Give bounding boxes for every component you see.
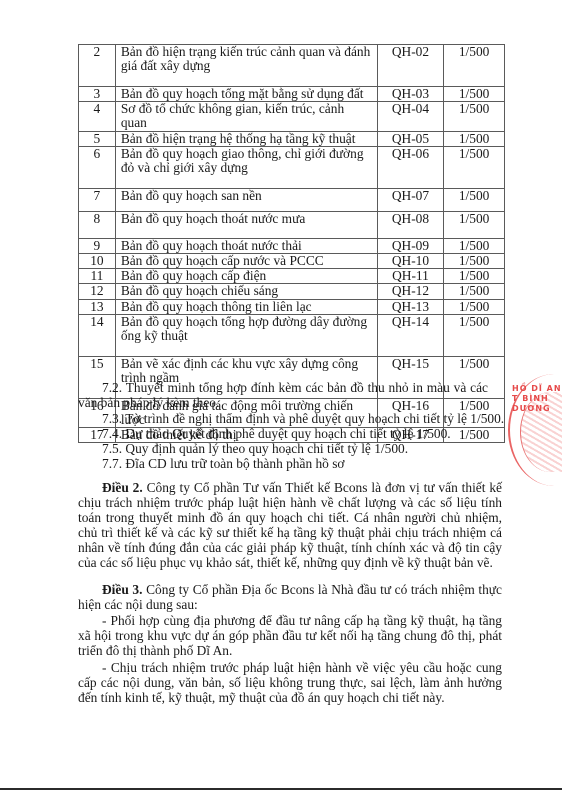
drawing-scale: 1/500 <box>444 131 505 146</box>
table-row: 11 Bản đồ quy hoạch cấp điện QH-11 1/500 <box>79 269 505 284</box>
table-row: 14 Bản đồ quy hoạch tổng hợp đường dây đ… <box>79 314 505 356</box>
row-number: 10 <box>79 254 116 269</box>
table-row: 7 Bản đồ quy hoạch san nền QH-07 1/500 <box>79 188 505 211</box>
item-7-4: 7.4. Dự thảo Quyết định phê duyệt quy ho… <box>102 426 451 441</box>
drawing-scale: 1/500 <box>444 428 505 443</box>
drawing-code: QH-11 <box>377 269 444 284</box>
row-number: 14 <box>79 314 116 356</box>
drawing-code: QH-02 <box>377 45 444 87</box>
row-number: 13 <box>79 299 116 314</box>
drawing-name: Bản đồ quy hoạch cấp điện <box>115 269 377 284</box>
table-row: 6 Bản đồ quy hoạch giao thông, chỉ giới … <box>79 146 505 188</box>
row-number: 11 <box>79 269 116 284</box>
drawing-code: QH-03 <box>377 87 444 102</box>
row-number: 8 <box>79 211 116 238</box>
row-number: 7 <box>79 188 116 211</box>
drawing-code: QH-05 <box>377 131 444 146</box>
drawing-name: Bản đồ quy hoạch chiếu sáng <box>115 284 377 299</box>
drawing-scale: 1/500 <box>444 254 505 269</box>
drawing-scale: 1/500 <box>444 269 505 284</box>
table-row: 12 Bản đồ quy hoạch chiếu sáng QH-12 1/5… <box>79 284 505 299</box>
drawing-name: Bản đồ quy hoạch giao thông, chỉ giới đư… <box>115 146 377 188</box>
drawing-scale: 1/500 <box>444 87 505 102</box>
drawing-scale: 1/500 <box>444 102 505 131</box>
drawing-scale: 1/500 <box>444 238 505 253</box>
article-3-heading: Điều 3. <box>102 582 142 597</box>
item-7-3: 7.3. Tờ trình đề nghị thẩm định và phê d… <box>102 411 504 426</box>
drawing-name: Bản đồ quy hoạch tổng mặt bằng sử dụng đ… <box>115 87 377 102</box>
document-page: 2 Bản đồ hiện trạng kiến trúc cảnh quan … <box>0 0 562 790</box>
drawing-scale: 1/500 <box>444 188 505 211</box>
drawing-name: Bản đồ quy hoạch thoát nước mưa <box>115 211 377 238</box>
drawing-name: Bản đồ quy hoạch tổng hợp đường dây đườn… <box>115 314 377 356</box>
drawing-code: QH-07 <box>377 188 444 211</box>
drawing-code: QH-06 <box>377 146 444 188</box>
drawing-scale: 1/500 <box>444 284 505 299</box>
table-row: 2 Bản đồ hiện trạng kiến trúc cảnh quan … <box>79 45 505 87</box>
article-2-heading: Điều 2. <box>102 480 143 495</box>
drawing-scale: 1/500 <box>444 314 505 356</box>
table-row: 8 Bản đồ quy hoạch thoát nước mưa QH-08 … <box>79 211 505 238</box>
drawing-scale: 1/500 <box>444 146 505 188</box>
drawing-name: Bản đồ hiện trạng hệ thống hạ tầng kỹ th… <box>115 131 377 146</box>
table-row: 3 Bản đồ quy hoạch tổng mặt bằng sử dụng… <box>79 87 505 102</box>
article-2: Điều 2. Công ty Cổ phần Tư vấn Thiết kế … <box>78 481 502 570</box>
drawing-code: QH-09 <box>377 238 444 253</box>
row-number: 3 <box>79 87 116 102</box>
drawing-name: Bản đồ hiện trạng kiến trúc cảnh quan và… <box>115 45 377 87</box>
drawing-scale: 1/500 <box>444 211 505 238</box>
drawing-code: QH-14 <box>377 314 444 356</box>
drawing-scale: 1/500 <box>444 299 505 314</box>
drawing-scale: 1/500 <box>444 45 505 87</box>
row-number: 9 <box>79 238 116 253</box>
table-row: 5 Bản đồ hiện trạng hệ thống hạ tầng kỹ … <box>79 131 505 146</box>
article-3-bullet-1: - Phối hợp cùng địa phương để đầu tư nân… <box>78 614 502 659</box>
row-number: 4 <box>79 102 116 131</box>
drawing-code: QH-12 <box>377 284 444 299</box>
drawing-name: Bản đồ quy hoạch cấp nước và PCCC <box>115 254 377 269</box>
item-7-2: 7.2. Thuyết minh tổng hợp đính kèm các b… <box>78 381 488 411</box>
drawing-name: Sơ đồ tổ chức không gian, kiến trúc, cản… <box>115 102 377 131</box>
row-number: 12 <box>79 284 116 299</box>
item-7-7: 7.7. Đĩa CD lưu trữ toàn bộ thành phần h… <box>102 456 345 471</box>
table-row: 10 Bản đồ quy hoạch cấp nước và PCCC QH-… <box>79 254 505 269</box>
drawing-code: QH-04 <box>377 102 444 131</box>
drawing-name: Bản đồ quy hoạch thông tin liên lạc <box>115 299 377 314</box>
drawing-code: QH-08 <box>377 211 444 238</box>
drawing-code: QH-10 <box>377 254 444 269</box>
drawing-name: Bản đồ quy hoạch thoát nước thải <box>115 238 377 253</box>
table-row: 13 Bản đồ quy hoạch thông tin liên lạc Q… <box>79 299 505 314</box>
table-row: 9 Bản đồ quy hoạch thoát nước thải QH-09… <box>79 238 505 253</box>
item-7-5: 7.5. Quy định quản lý theo quy hoạch chi… <box>102 441 408 456</box>
row-number: 2 <box>79 45 116 87</box>
seal-text: HỒ DĨ AN T BÌNH DƯƠNG <box>512 384 562 479</box>
table-row: 4 Sơ đồ tổ chức không gian, kiến trúc, c… <box>79 102 505 131</box>
drawing-name: Bản đồ quy hoạch san nền <box>115 188 377 211</box>
row-number: 6 <box>79 146 116 188</box>
article-3-body: Công ty Cổ phần Địa ốc Bcons là Nhà đầu … <box>78 582 502 612</box>
row-number: 5 <box>79 131 116 146</box>
article-3-bullet-2: - Chịu trách nhiệm trước pháp luật hiện … <box>78 661 502 706</box>
drawing-code: QH-13 <box>377 299 444 314</box>
article-3: Điều 3. Công ty Cổ phần Địa ốc Bcons là … <box>78 583 502 613</box>
